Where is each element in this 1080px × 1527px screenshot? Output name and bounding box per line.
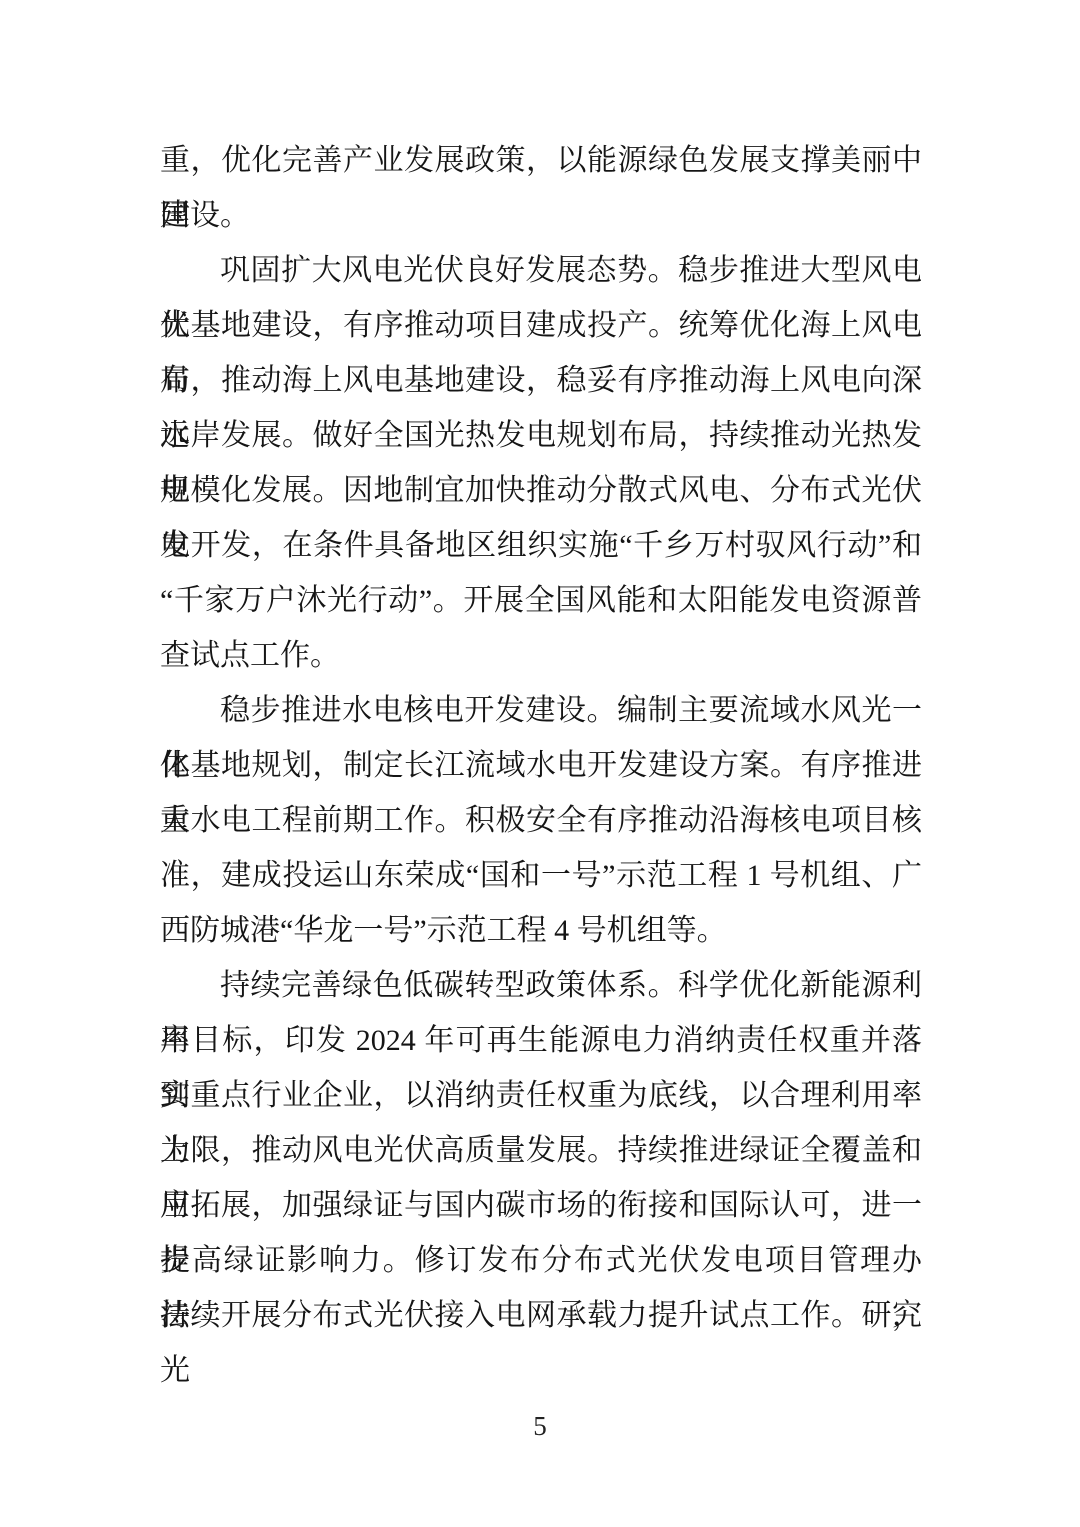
text-line: 重，优化完善产业发展政策，以能源绿色发展支撑美丽中国 [160,133,922,188]
page-number: 5 [0,1406,1080,1446]
text-line: 提高绿证影响力。修订发布分布式光伏发电项目管理办法， [160,1233,922,1288]
text-line: 建设。 [160,188,922,243]
text-line paragraph-start: 稳步推进水电核电开发建设。编制主要流域水风光一体 [160,683,922,738]
document-page: 重，优化完善产业发展政策，以能源绿色发展支撑美丽中国 建设。 巩固扩大风电光伏良… [0,0,1080,1527]
text-line: 查试点工作。 [160,628,922,683]
text-line: 西防城港“华龙一号”示范工程 4 号机组等。 [160,903,922,958]
text-line: 电开发，在条件具备地区组织实施“千乡万村驭风行动”和 [160,518,922,573]
text-line: 持续开展分布式光伏接入电网承载力提升试点工作。研究光 [160,1288,922,1343]
text-line paragraph-start: 持续完善绿色低碳转型政策体系。科学优化新能源利用 [160,958,922,1013]
text-line: 化基地规划，制定长江流域水电开发建设方案。有序推进重 [160,738,922,793]
text-line: 用拓展，加强绿证与国内碳市场的衔接和国际认可，进一步 [160,1178,922,1233]
document-body: 重，优化完善产业发展政策，以能源绿色发展支撑美丽中国 建设。 巩固扩大风电光伏良… [160,133,922,1343]
text-line: 到重点行业企业，以消纳责任权重为底线，以合理利用率为 [160,1068,922,1123]
text-line paragraph-start: 巩固扩大风电光伏良好发展态势。稳步推进大型风电光 [160,243,922,298]
text-line: 局，推动海上风电基地建设，稳妥有序推动海上风电向深水 [160,353,922,408]
text-line: 大水电工程前期工作。积极安全有序推动沿海核电项目核 [160,793,922,848]
text-line: 远岸发展。做好全国光热发电规划布局，持续推动光热发电 [160,408,922,463]
text-line: 率目标，印发 2024 年可再生能源电力消纳责任权重并落实 [160,1013,922,1068]
text-line: 上限，推动风电光伏高质量发展。持续推进绿证全覆盖和应 [160,1123,922,1178]
text-line: 准，建成投运山东荣成“国和一号”示范工程 1 号机组、广 [160,848,922,903]
text-line: 规模化发展。因地制宜加快推动分散式风电、分布式光伏发 [160,463,922,518]
text-line: “千家万户沐光行动”。开展全国风能和太阳能发电资源普 [160,573,922,628]
text-line: 伏基地建设，有序推动项目建成投产。统筹优化海上风电布 [160,298,922,353]
